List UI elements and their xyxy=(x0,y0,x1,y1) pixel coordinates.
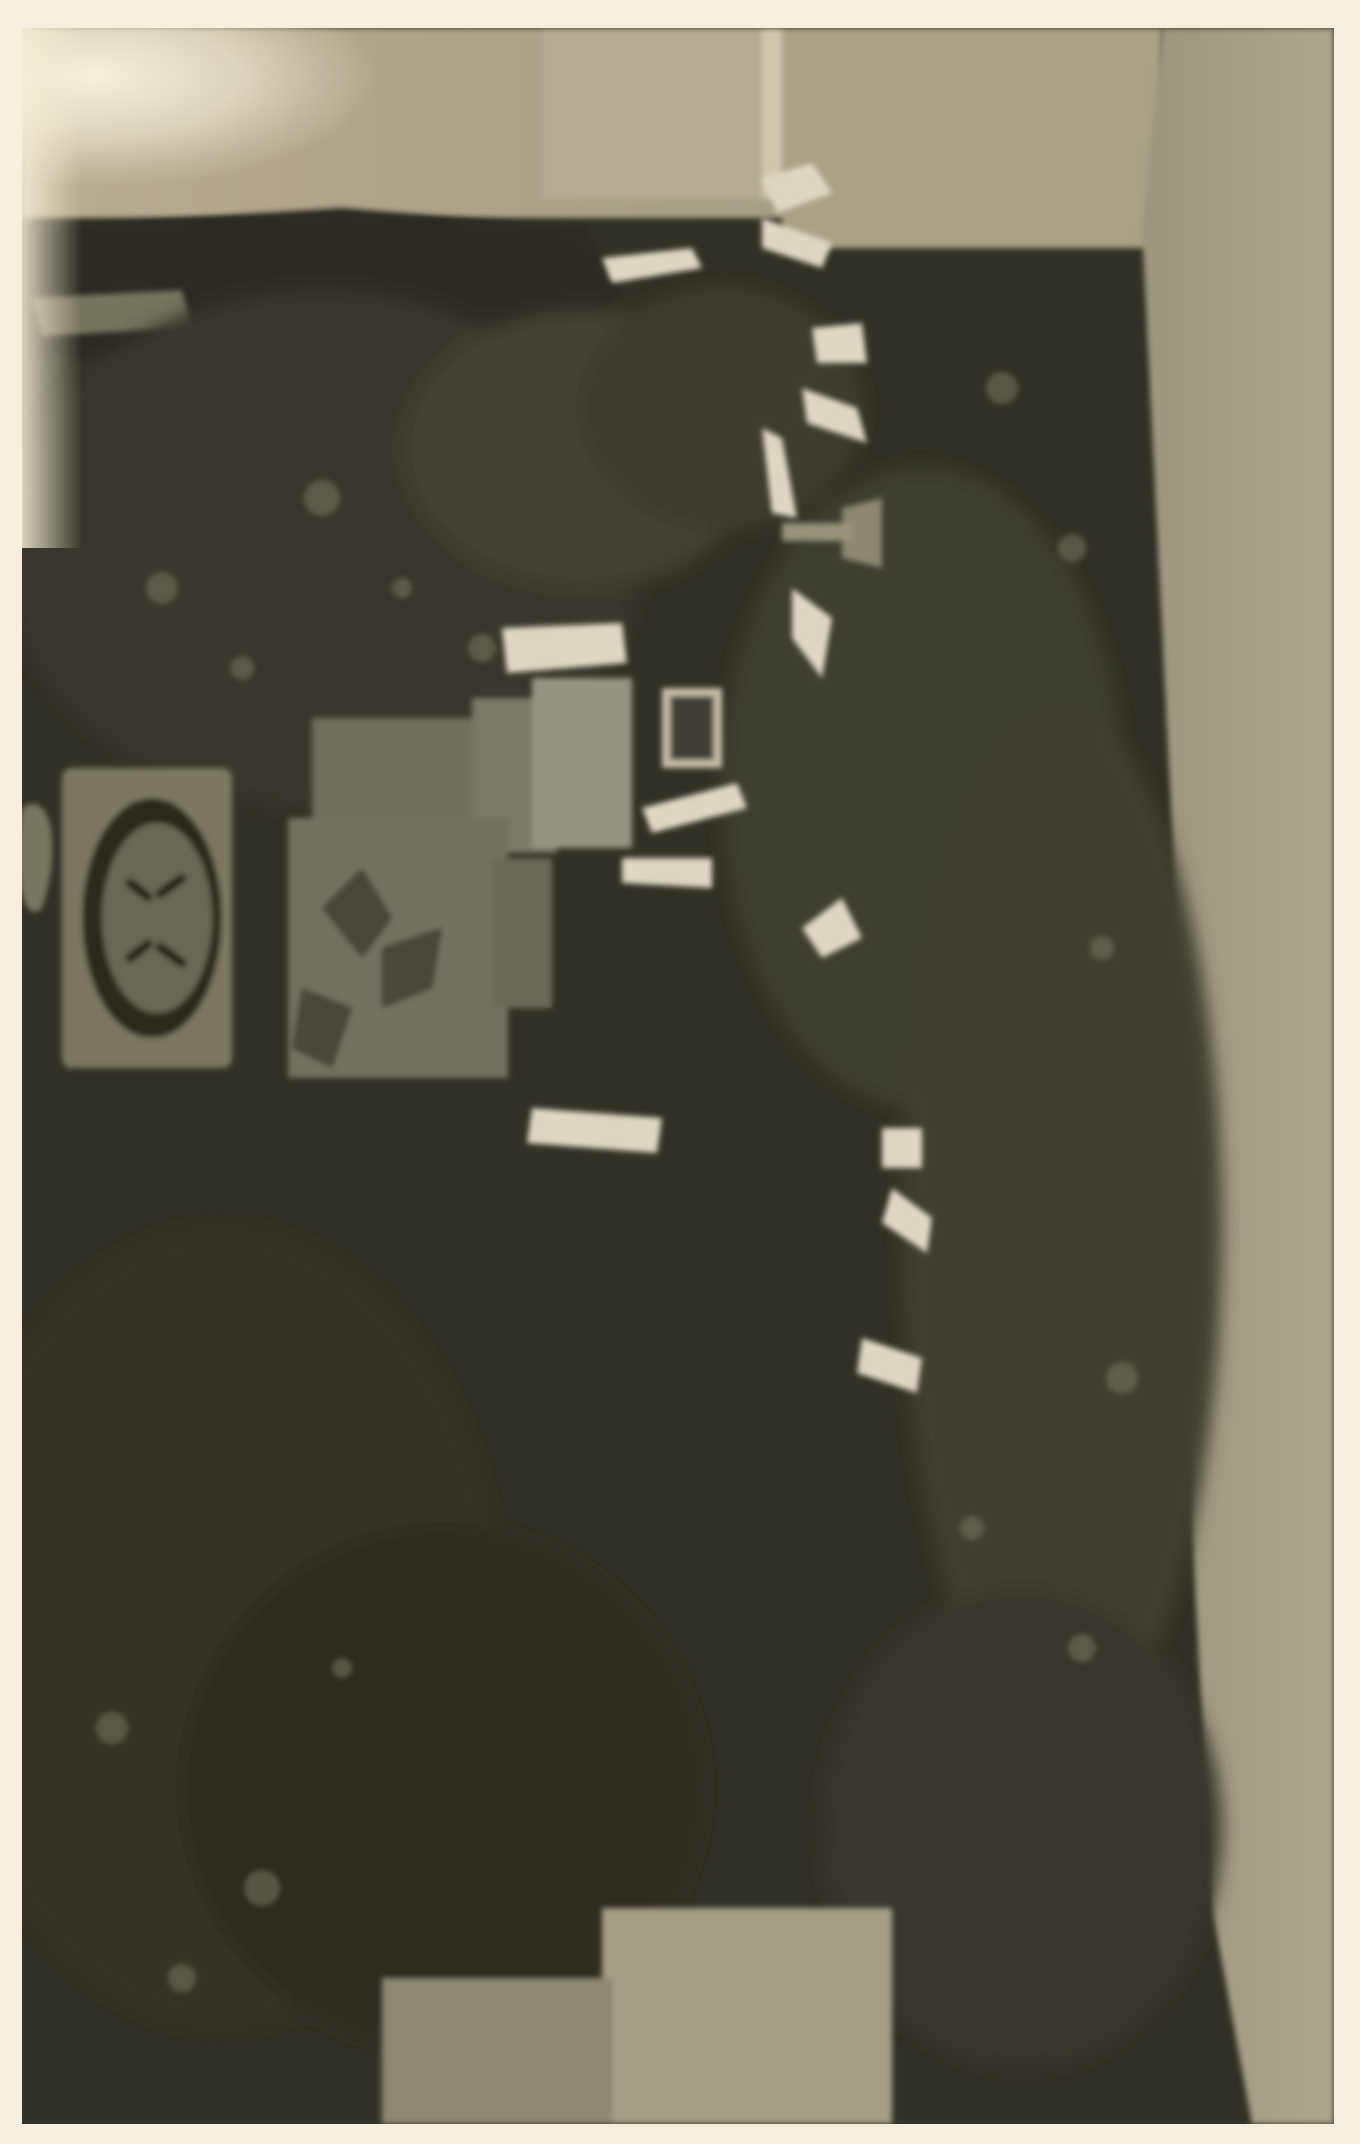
photo-print: Vintage sepia photograph print, rotated … xyxy=(0,0,1360,2144)
print-wear-edge xyxy=(22,28,82,548)
photograph xyxy=(22,28,1334,2124)
photo-scene xyxy=(22,28,1334,2124)
